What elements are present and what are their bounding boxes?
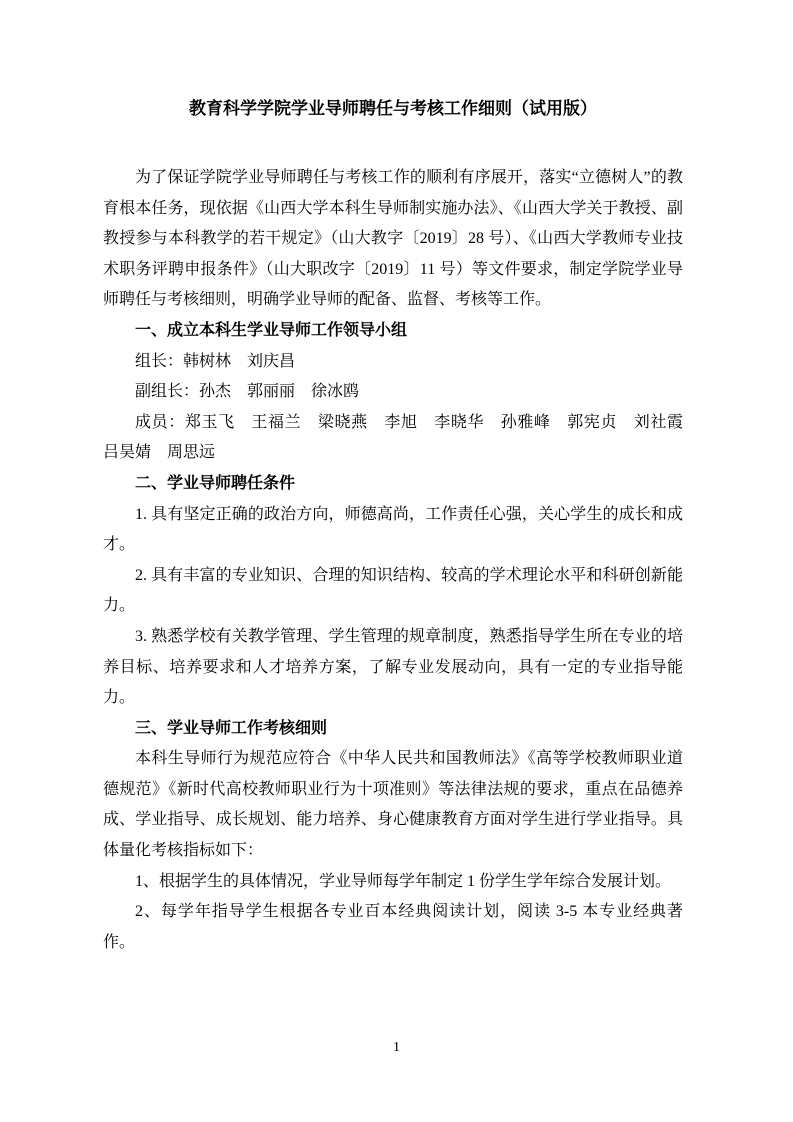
leader-line: 组长：韩树林 刘庆昌 <box>103 347 683 378</box>
section3-intro-paragraph: 本科生导师行为规范应符合《中华人民共和国教师法》《高等学校教师职业道德规范》《新… <box>103 744 683 866</box>
members-line: 成员：郑玉飞 王福兰 梁晓燕 李旭 李晓华 孙雅峰 郭宪贞 刘社霞 吕昊婧 周思… <box>103 408 683 469</box>
document-content: 教育科学学院学业导师聘任与考核工作细则（试用版） 为了保证学院学业导师聘任与考核… <box>103 95 683 958</box>
section2-item-3: 3. 熟悉学校有关教学管理、学生管理的规章制度，熟悉指导学生所在专业的培养目标、… <box>103 622 683 714</box>
section2-heading: 二、学业导师聘任条件 <box>103 469 683 500</box>
section2-item-1: 1. 具有坚定正确的政治方向，师德高尚，工作责任心强，关心学生的成长和成才。 <box>103 500 683 561</box>
section3-item-1: 1、根据学生的具体情况，学业导师每学年制定 1 份学生学年综合发展计划。 <box>103 867 683 898</box>
section1-heading: 一、成立本科生学业导师工作领导小组 <box>103 316 683 347</box>
deputy-leader-line: 副组长：孙杰 郭丽丽 徐冰鸥 <box>103 377 683 408</box>
section3-item-2: 2、每学年指导学生根据各专业百本经典阅读计划，阅读 3-5 本专业经典著作。 <box>103 897 683 958</box>
document-title: 教育科学学院学业导师聘任与考核工作细则（试用版） <box>103 95 683 122</box>
section2-item-2: 2. 具有丰富的专业知识、合理的知识结构、较高的学术理论水平和科研创新能力。 <box>103 561 683 622</box>
page-number: 1 <box>0 1041 793 1055</box>
section3-heading: 三、学业导师工作考核细则 <box>103 714 683 745</box>
document-page: 教育科学学院学业导师聘任与考核工作细则（试用版） 为了保证学院学业导师聘任与考核… <box>0 0 793 1122</box>
intro-paragraph: 为了保证学院学业导师聘任与考核工作的顺利有序展开，落实“立德树人”的教育根本任务… <box>103 163 683 316</box>
